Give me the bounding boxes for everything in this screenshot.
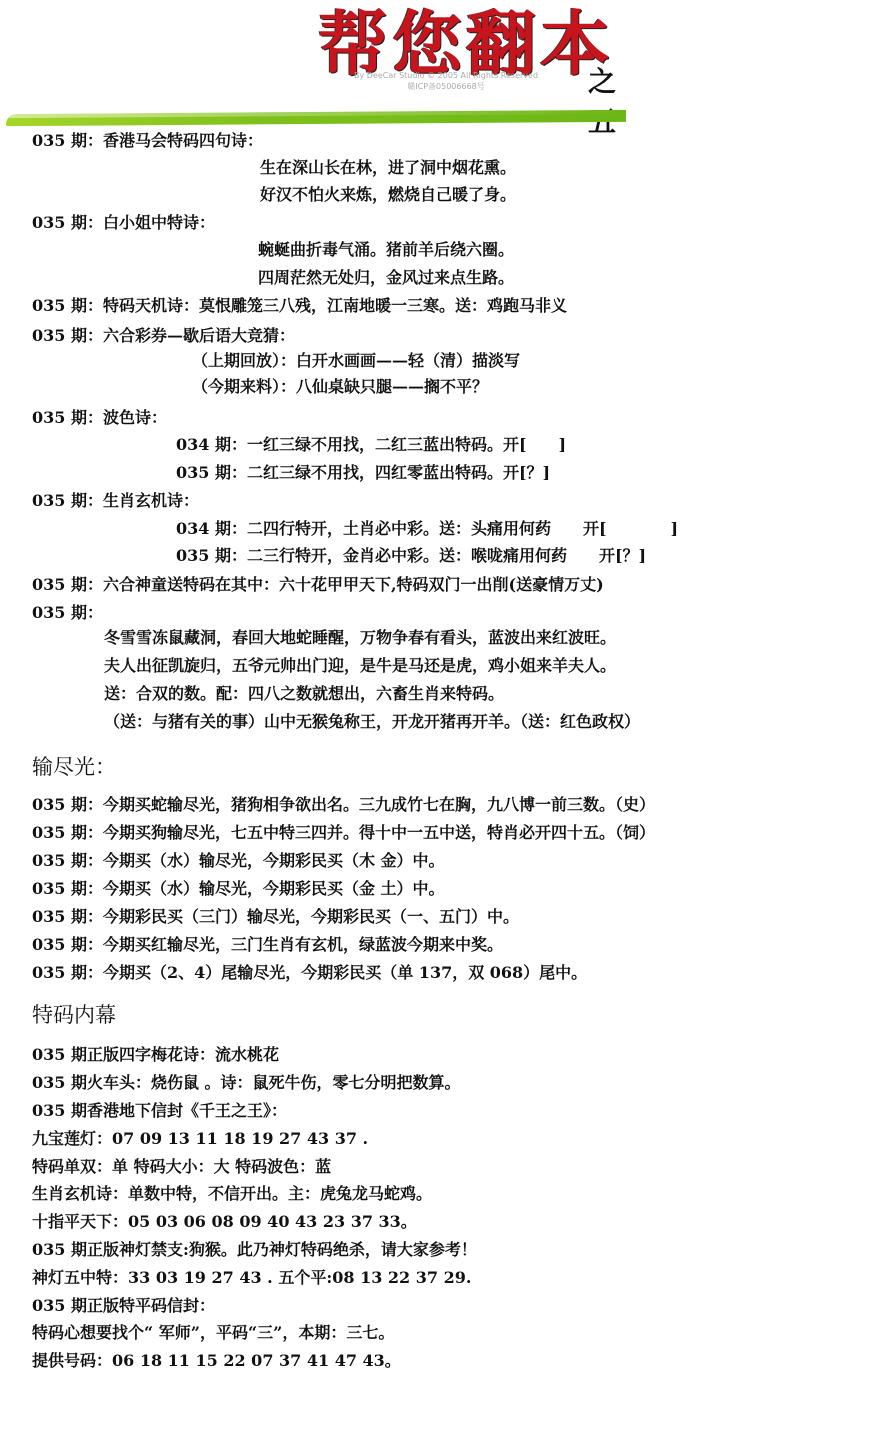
entry-line: 035 期：今期买狗输尽光，七五中特三四并。得十中一五中送，特肖必开四十五。（饲… <box>32 823 655 843</box>
green-divider-bar <box>6 110 626 126</box>
riddle-line: （今期来料）：八仙桌缺只腿——搁不平？ <box>192 377 488 397</box>
entry-line: 特码心想要找个“ 军师”，平码“三”，本期：三七。 <box>32 1323 394 1343</box>
entry-heading: 035 期：六合神童送特码在其中：六十花甲甲天下,特码双门一出削(送豪情万丈) <box>32 575 604 595</box>
entry-line: 035 期香港地下信封《千王之王》： <box>32 1101 287 1121</box>
poem-line: 035 期：二三行特开，金肖必中彩。送：喉咙痛用何药 开[？] <box>176 546 646 566</box>
entry-line: 神灯五中特：33 03 19 27 43 . 五个平:08 13 22 37 2… <box>32 1268 471 1288</box>
poem-line: 好汉不怕火来炼，燃烧自己暖了身。 <box>260 185 516 205</box>
section-heading: 输尽光： <box>32 754 116 780</box>
poem-line: 034 期：一红三绿不用找，二红三蓝出特码。开[ ] <box>176 435 566 455</box>
entry-line: 035 期正版神灯禁支:狗猴。此乃神灯特码绝杀，请大家参考！ <box>32 1240 477 1260</box>
entry-line: 特码单双：单 特码大小：大 特码波色：蓝 <box>32 1157 331 1177</box>
poem-line: 夫人出征凯旋归，五爷元帅出门迎，是牛是马还是虎，鸡小姐来羊夫人。 <box>104 656 616 676</box>
entry-line: 生肖玄机诗：单数中特，不信开出。主：虎兔龙马蛇鸡。 <box>32 1184 432 1204</box>
entry-line: 035 期：今期买红输尽光，三门生肖有玄机，绿蓝波今期来中奖。 <box>32 935 503 955</box>
poem-line: 生在深山长在林，进了洞中烟花熏。 <box>260 158 516 178</box>
poem-line: （送：与猪有关的事）山中无猴兔称王，开龙开猪再开羊。（送：红色政权） <box>104 712 640 732</box>
entry-line: 035 期正版四字梅花诗：流水桃花 <box>32 1045 279 1065</box>
entry-heading: 035 期：香港马会特码四句诗： <box>32 131 263 151</box>
banner-credit: By DeeCar Studio © 2005 All Rights Reser… <box>316 70 576 92</box>
entry-heading: 035 期：特码天机诗：莫恨雕笼三八残，江南地暖一三寒。送：鸡跑马非义 <box>32 296 567 316</box>
entry-line: 提供号码：06 18 11 15 22 07 37 41 47 43。 <box>32 1351 401 1371</box>
entry-heading: 035 期：波色诗： <box>32 408 167 428</box>
section-heading: 特码内幕 <box>32 1002 116 1028</box>
entry-line: 035 期正版特平码信封： <box>32 1296 215 1316</box>
poem-line: 冬雪雪冻鼠藏洞，春回大地蛇睡醒，万物争春有看头，蓝波出来红波旺。 <box>104 628 616 648</box>
poem-line: 送：合双的数。配：四八之数就想出，六畜生肖来特码。 <box>104 684 504 704</box>
entry-heading: 035 期：白小姐中特诗： <box>32 213 215 233</box>
entry-line: 035 期火车头：烧伤鼠 。诗：鼠死牛伤，零七分明把数算。 <box>32 1073 461 1093</box>
riddle-line: （上期回放）：白开水画画——轻（清）描淡写 <box>192 351 520 371</box>
poem-line: 034 期：二四行特开，土肖必中彩。送：头痛用何药 开[ ] <box>176 519 678 539</box>
poem-line: 035 期：二红三绿不用找，四红零蓝出特码。开[？] <box>176 463 550 483</box>
entry-line: 035 期：今期买（水）输尽光，今期彩民买（金 土）中。 <box>32 879 445 899</box>
entry-line: 035 期：今期买蛇输尽光，猪狗相争欲出名。三九成竹七在胸，九八博一前三数。（史… <box>32 795 655 815</box>
entry-heading: 035 期： <box>32 603 103 623</box>
poem-line: 蜿蜒曲折毒气涌。猪前羊后绕六圈。 <box>258 240 514 260</box>
entry-line: 035 期：今期买（水）输尽光，今期彩民买（木 金）中。 <box>32 851 445 871</box>
entry-heading: 035 期：生肖玄机诗： <box>32 491 199 511</box>
entry-heading: 035 期：六合彩券—歇后语大竞猜： <box>32 326 295 346</box>
entry-line: 九宝莲灯：07 09 13 11 18 19 27 43 37 . <box>32 1129 368 1149</box>
entry-line: 035 期：今期彩民买（三门）输尽光，今期彩民买（一、五门）中。 <box>32 907 519 927</box>
entry-line: 十指平天下：05 03 06 08 09 40 43 23 37 33。 <box>32 1212 417 1232</box>
header-banner: 帮您翻本 By DeeCar Studio © 2005 All Rights … <box>0 0 640 126</box>
entry-line: 035 期：今期买（2、4）尾输尽光，今期彩民买（单 137，双 068）尾中。 <box>32 963 587 983</box>
credit-line: 赣ICP备05006668号 <box>316 81 576 92</box>
poem-line: 四周茫然无处归，金风过来点生路。 <box>258 268 514 288</box>
credit-line: By DeeCar Studio © 2005 All Rights Reser… <box>316 70 576 81</box>
banner-subtitle: 之五 <box>588 60 640 140</box>
